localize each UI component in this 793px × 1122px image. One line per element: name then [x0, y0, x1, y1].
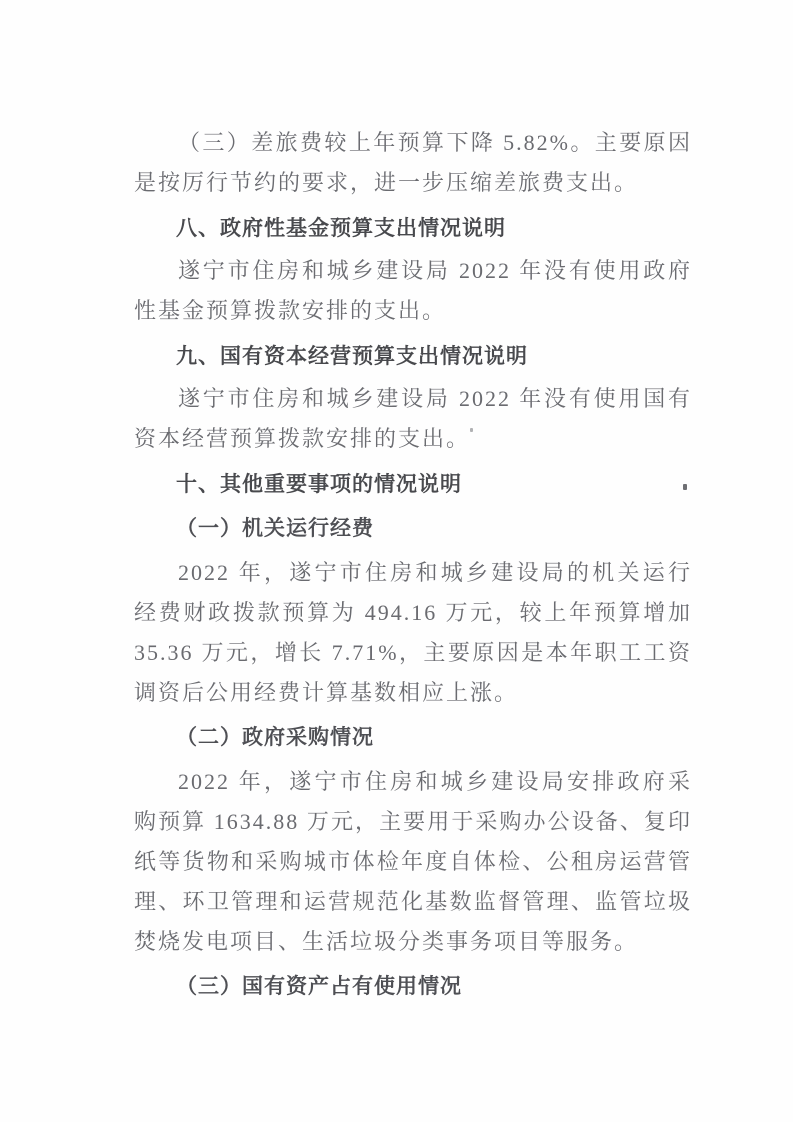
- section-heading: 八、政府性基金预算支出情况说明: [134, 208, 692, 248]
- document-page: （三）差旅费较上年预算下降 5.82%。主要原因是按厉行节约的要求，进一步压缩差…: [0, 0, 793, 1011]
- sub-section-heading: （二）政府采购情况: [134, 717, 692, 757]
- scan-speck: [683, 484, 687, 490]
- paragraph: 2022 年，遂宁市住房和城乡建设局的机关运行经费财政拨款预算为 494.16 …: [134, 553, 692, 713]
- paragraph: 遂宁市住房和城乡建设局 2022 年没有使用政府性基金预算拨款安排的支出。: [134, 251, 692, 331]
- scan-speck: [470, 428, 473, 432]
- section-heading: 九、国有资本经营预算支出情况说明: [134, 336, 692, 376]
- sub-section-heading: （三）国有资产占有使用情况: [134, 966, 692, 1006]
- paragraph: 遂宁市住房和城乡建设局 2022 年没有使用国有资本经营预算拨款安排的支出。: [134, 379, 692, 459]
- sub-section-heading: （一）机关运行经费: [134, 508, 692, 548]
- section-heading: 十、其他重要事项的情况说明: [134, 464, 692, 504]
- paragraph: 2022 年，遂宁市住房和城乡建设局安排政府采购预算 1634.88 万元，主要…: [134, 762, 692, 962]
- scanned-document: { "page": { "background": "#fefefe", "bo…: [0, 0, 793, 1122]
- paragraph: （三）差旅费较上年预算下降 5.82%。主要原因是按厉行节约的要求，进一步压缩差…: [134, 123, 692, 203]
